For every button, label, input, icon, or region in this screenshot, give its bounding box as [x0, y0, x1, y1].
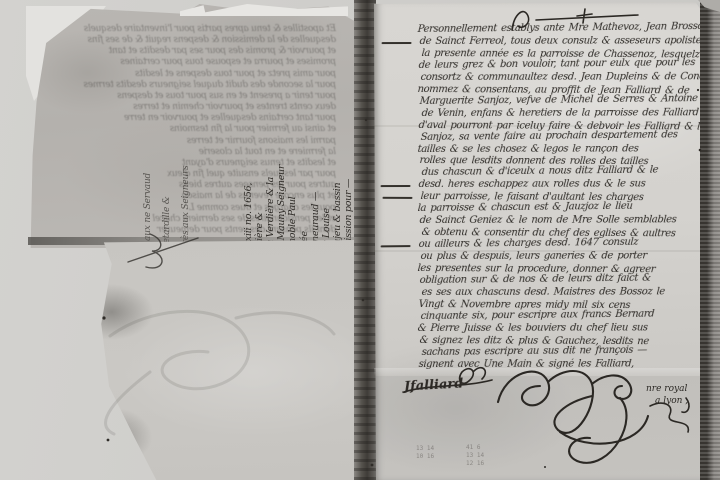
pencil-marks-left: 13 1410 16	[416, 445, 434, 461]
pencil-marks-right: 41 613 1412 16	[466, 444, 484, 468]
handwriting-line: cinquante six, pour escripre aux francs …	[420, 308, 654, 321]
handwriting-line: et pourvoir & promis des pour ses par de…	[42, 46, 336, 57]
docket-vertical-text: Demission pour —Segujeu & bassinPour Lou…	[242, 88, 354, 262]
handwriting-line: Sanjoz, sa vente faire au prochain despa…	[420, 129, 677, 143]
handwriting-line: dernière &	[254, 88, 265, 262]
handwriting-line: signent avec Une Main & signé les Fallia…	[418, 358, 634, 370]
handwriting-line: Personnellement establys ante Mre Mathev…	[417, 21, 702, 35]
handwriting-line: Marguerite Sanjoz, vefve de Michel de Se…	[419, 93, 698, 107]
handwriting-line: Demission pour —	[343, 88, 354, 262]
handwriting-line: desd. heres eschappez aux rolles dus & l…	[418, 179, 645, 191]
handwriting-line: Una Mauny Seigneur	[276, 88, 287, 262]
signature-falliard: Jfalliard	[404, 376, 464, 394]
handwriting-line: de la Verdière & la	[265, 88, 276, 262]
handwriting-line: 41 6	[466, 444, 484, 452]
handwriting-line: Passée	[299, 88, 310, 262]
notary-title-line2: a lyon ,	[655, 396, 688, 406]
handwriting-line: es ses aux chascuns desd. Maistres des B…	[421, 286, 665, 298]
handwriting-line: Du xxiii no. 1656,	[243, 88, 254, 262]
handwriting-line: promises et pourra et espouse tous pour …	[42, 57, 336, 68]
handwriting-line: Et apostilles & tenu apres partis pour l…	[42, 24, 336, 35]
handwriting-line: Très aux Seigneurs	[177, 128, 196, 250]
margin-dash	[382, 197, 412, 199]
margin-dash	[381, 42, 411, 44]
handwriting-line: obligation sur & de nos & de leurs ditz …	[419, 273, 651, 286]
manuscript-body-text: Personnellement establys ante Mre Mathev…	[374, 0, 702, 480]
lower-folded-sheet	[96, 240, 358, 480]
margin-dash	[381, 245, 411, 247]
handwriting-line: & Pierre Juisse & les bouviers du chef l…	[417, 322, 648, 334]
docket-vertical-text-lower: Très aux SeigneursRetardille &E aux ne S…	[138, 128, 196, 250]
handwriting-line: de Venin, enfans & heretiers de la parro…	[421, 107, 699, 119]
handwriting-line: 12 16	[466, 460, 484, 468]
handwriting-line: de Sainct Geniez & le nom de Mre Solle s…	[419, 215, 677, 227]
handwriting-line: la parroisse & chascun est & Jauzjoz le …	[417, 201, 632, 214]
handwriting-line: Pour Louise	[321, 88, 332, 262]
handwriting-line: Retardille &	[158, 128, 177, 250]
handwriting-line: Par noble Paul	[287, 88, 298, 262]
handwriting-line: ou ailleurs & les charges desd. 1647 con…	[418, 237, 638, 250]
handwriting-line: de leurs grez & bon vouloir, tant pour e…	[418, 57, 695, 71]
book-fore-edge	[700, 0, 720, 480]
manuscript-photo: Et apostilles & tenu apres partis pour l…	[0, 0, 720, 480]
notary-title-line1: nre royal	[646, 384, 687, 394]
handwriting-line: tailles & se les chosez & legos le ranço…	[417, 143, 638, 155]
handwriting-line: sachans pas escripre au sus dit ne franç…	[421, 344, 647, 357]
handwriting-line: pour amis pretz et pour tous despens et …	[42, 69, 336, 80]
handwriting-line: Segujeu & bassin	[332, 88, 343, 262]
handwriting-line: E aux ne Servaud	[139, 128, 158, 250]
handwriting-line: Seigneuraud —	[310, 88, 321, 262]
book-gutter	[354, 0, 376, 480]
handwriting-line: ou plus & despuis, leurs ganeries & de p…	[420, 250, 647, 262]
handwriting-line: desquelles de la demission & despens req…	[42, 35, 336, 46]
handwriting-line: 13 14	[416, 445, 434, 453]
handwriting-line: de Sainct Ferreol, tous deux consulz & a…	[419, 35, 702, 47]
handwriting-line: 13 14	[466, 452, 484, 460]
margin-dash	[380, 185, 410, 187]
handwriting-line: consortz & communaultez desd. Jean Duple…	[420, 71, 702, 83]
handwriting-line: dus chascun & d'iceulx a nous ditz Falli…	[421, 165, 658, 178]
handwriting-line: 10 16	[416, 453, 434, 461]
